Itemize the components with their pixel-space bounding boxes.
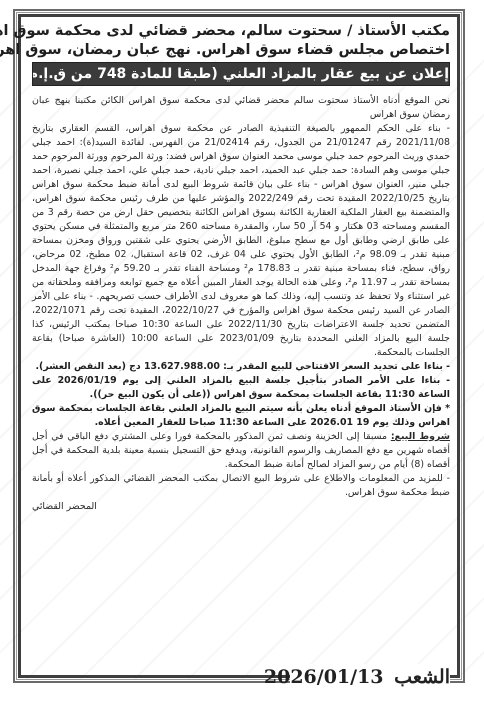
sale-notice-paragraph: * فإن الأستاذ الموقع أدناه يعلن بأنه سيت…	[32, 402, 450, 430]
announcement-content: مكتب الأستاذ / سحتوت سالم، محضر قضائي لد…	[32, 22, 450, 514]
signature-row: المحضر القضائي	[32, 500, 450, 514]
jurisdiction-header: اختصاص مجلس قضاء سوق اهراس. نهج عبان رمض…	[32, 41, 450, 60]
intro-paragraph: نحن الموقع أدناه الأستاذ سحتوت سالم محضر…	[32, 94, 450, 122]
judgment-paragraph: - بناء على الحكم الممهور بالصيغة التنفيذ…	[32, 122, 450, 360]
publication-name: الشعب	[394, 666, 450, 688]
postponement-paragraph: - بناءا على الأمر الصادر بتأجيل جلسة الب…	[32, 374, 450, 402]
publication-footer: الشعب 2026/01/13	[290, 664, 450, 690]
announcement-body: نحن الموقع أدناه الأستاذ سحتوت سالم محضر…	[32, 94, 450, 514]
contact-paragraph: - للمزيد من المعلومات والاطلاع على شروط …	[32, 472, 450, 500]
opening-price-paragraph: - بناءا على تحديد السعر الافتتاحي للبيع …	[32, 360, 450, 374]
conditions-paragraph: شروط البيع: مسبقا إلى الخزينة ونصف ثمن ا…	[32, 430, 450, 472]
publication-date: 2026/01/13	[264, 666, 384, 688]
signature: المحضر القضائي	[32, 500, 97, 514]
office-header: مكتب الأستاذ / سحتوت سالم، محضر قضائي لد…	[32, 22, 450, 41]
conditions-label: شروط البيع:	[391, 431, 450, 442]
conditions-text: مسبقا إلى الخزينة ونصف ثمن المذكور بالمح…	[32, 431, 450, 470]
announcement-title: إعلان عن بيع عقار بالمزاد العلني (طبقا ل…	[32, 62, 450, 86]
